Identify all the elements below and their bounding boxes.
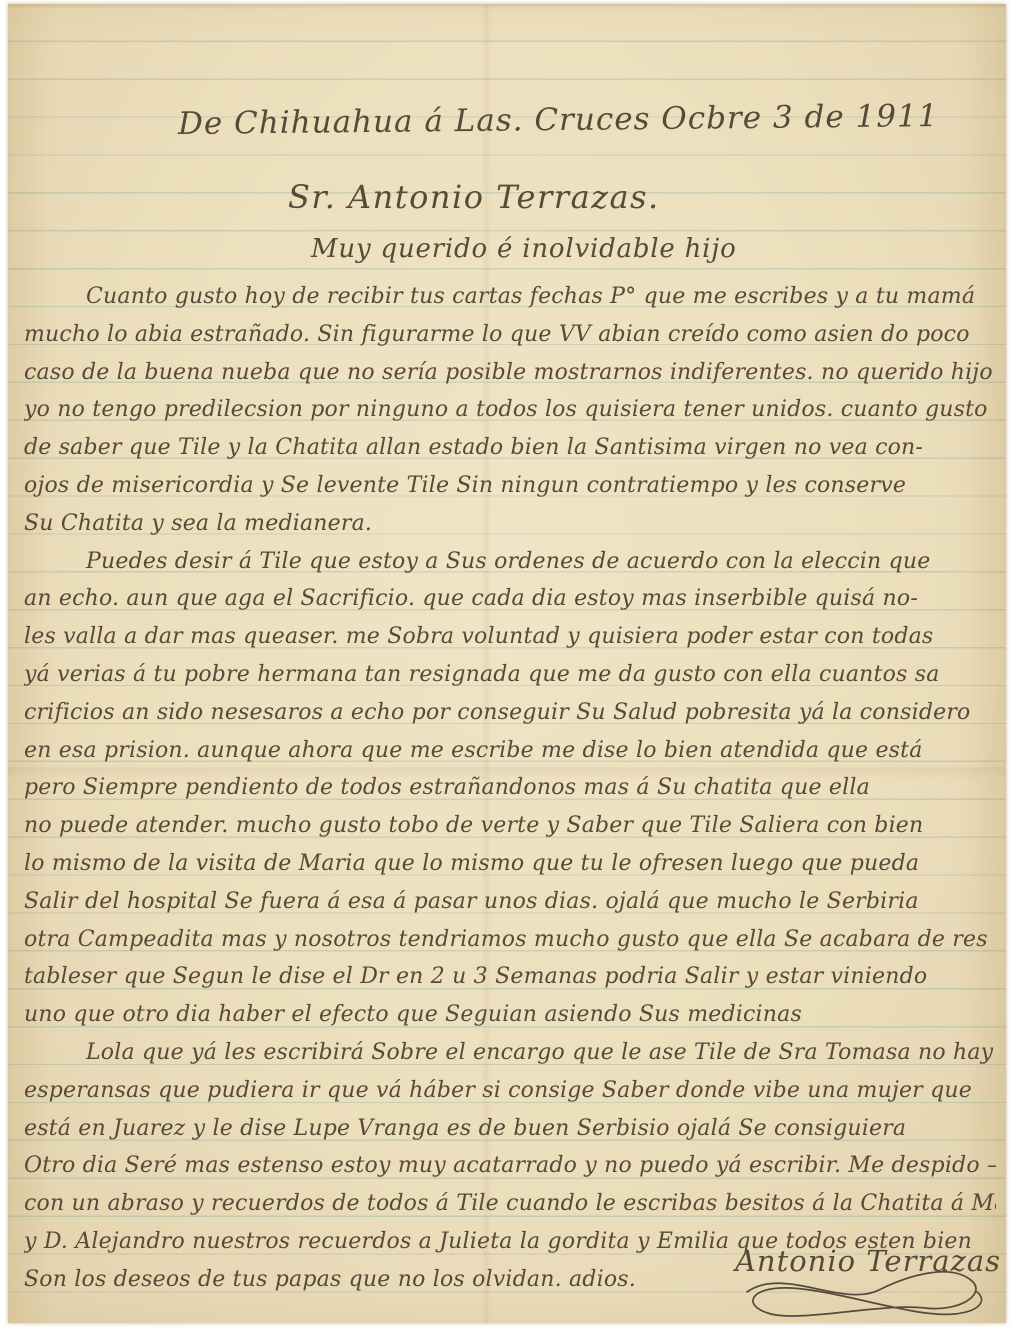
letter-line: mucho lo abia estrañado. Sin figurarme l… [24, 316, 996, 354]
letter-line: Lola que yá les escribirá Sobre el encar… [24, 1034, 996, 1072]
letter-line: pero Siempre pendiento de todos estrañan… [24, 769, 996, 807]
letter-recipient: Sr. Antonio Terrazas. [288, 178, 660, 216]
letter-salutation: Muy querido é inolvidable hijo [311, 234, 737, 264]
letter-line: yá verias á tu pobre hermana tan resigna… [24, 656, 996, 694]
letter-dateline: De Chihuahua á Las. Cruces Ocbre 3 de 19… [178, 98, 939, 142]
letter-line: otra Campeadita mas y nosotros tendriamo… [24, 921, 996, 959]
signature-name: Antonio Terrazas [733, 1244, 1003, 1278]
letter-body: Cuanto gusto hoy de recibir tus cartas f… [24, 278, 996, 1299]
letter-line: crificios an sido nesesaros a echo por c… [24, 694, 996, 732]
scan-background: De Chihuahua á Las. Cruces Ocbre 3 de 19… [0, 0, 1024, 1331]
letter-line: an echo. aun que aga el Sacrificio. que … [24, 580, 996, 618]
letter-line: no puede atender. mucho gusto tobo de ve… [24, 807, 996, 845]
letter-line: Puedes desir á Tile que estoy a Sus orde… [24, 543, 996, 581]
letter-line: ojos de misericordia y Se levente Tile S… [24, 467, 996, 505]
letter-line: Cuanto gusto hoy de recibir tus cartas f… [24, 278, 996, 316]
letter-line: Salir del hospital Se fuera á esa á pasa… [24, 883, 996, 921]
letter-paper: De Chihuahua á Las. Cruces Ocbre 3 de 19… [8, 4, 1006, 1323]
letter-line: yo no tengo predilecsion por ninguno a t… [24, 391, 996, 429]
letter-line: uno que otro dia haber el efecto que Seg… [24, 996, 996, 1034]
letter-line: en esa prision. aunque ahora que me escr… [24, 732, 996, 770]
letter-line: está en Juarez y le dise Lupe Vranga es … [24, 1110, 996, 1148]
letter-line: con un abraso y recuerdos de todos á Til… [24, 1185, 996, 1223]
letter-line: de saber que Tile y la Chatita allan est… [24, 429, 996, 467]
letter-line: esperansas que pudiera ir que vá háber s… [24, 1072, 996, 1110]
signature-block: Antonio Terrazas [733, 1244, 1003, 1322]
letter-line: Otro dia Seré mas estenso estoy muy acat… [24, 1147, 996, 1185]
letter-line: tableser que Segun le dise el Dr en 2 u … [24, 958, 996, 996]
letter-line: les valla a dar mas queaser. me Sobra vo… [24, 618, 996, 656]
letter-line: Su Chatita y sea la medianera. [24, 505, 996, 543]
letter-line: lo mismo de la visita de Maria que lo mi… [24, 845, 996, 883]
letter-line: caso de la buena nueba que no sería posi… [24, 354, 996, 392]
